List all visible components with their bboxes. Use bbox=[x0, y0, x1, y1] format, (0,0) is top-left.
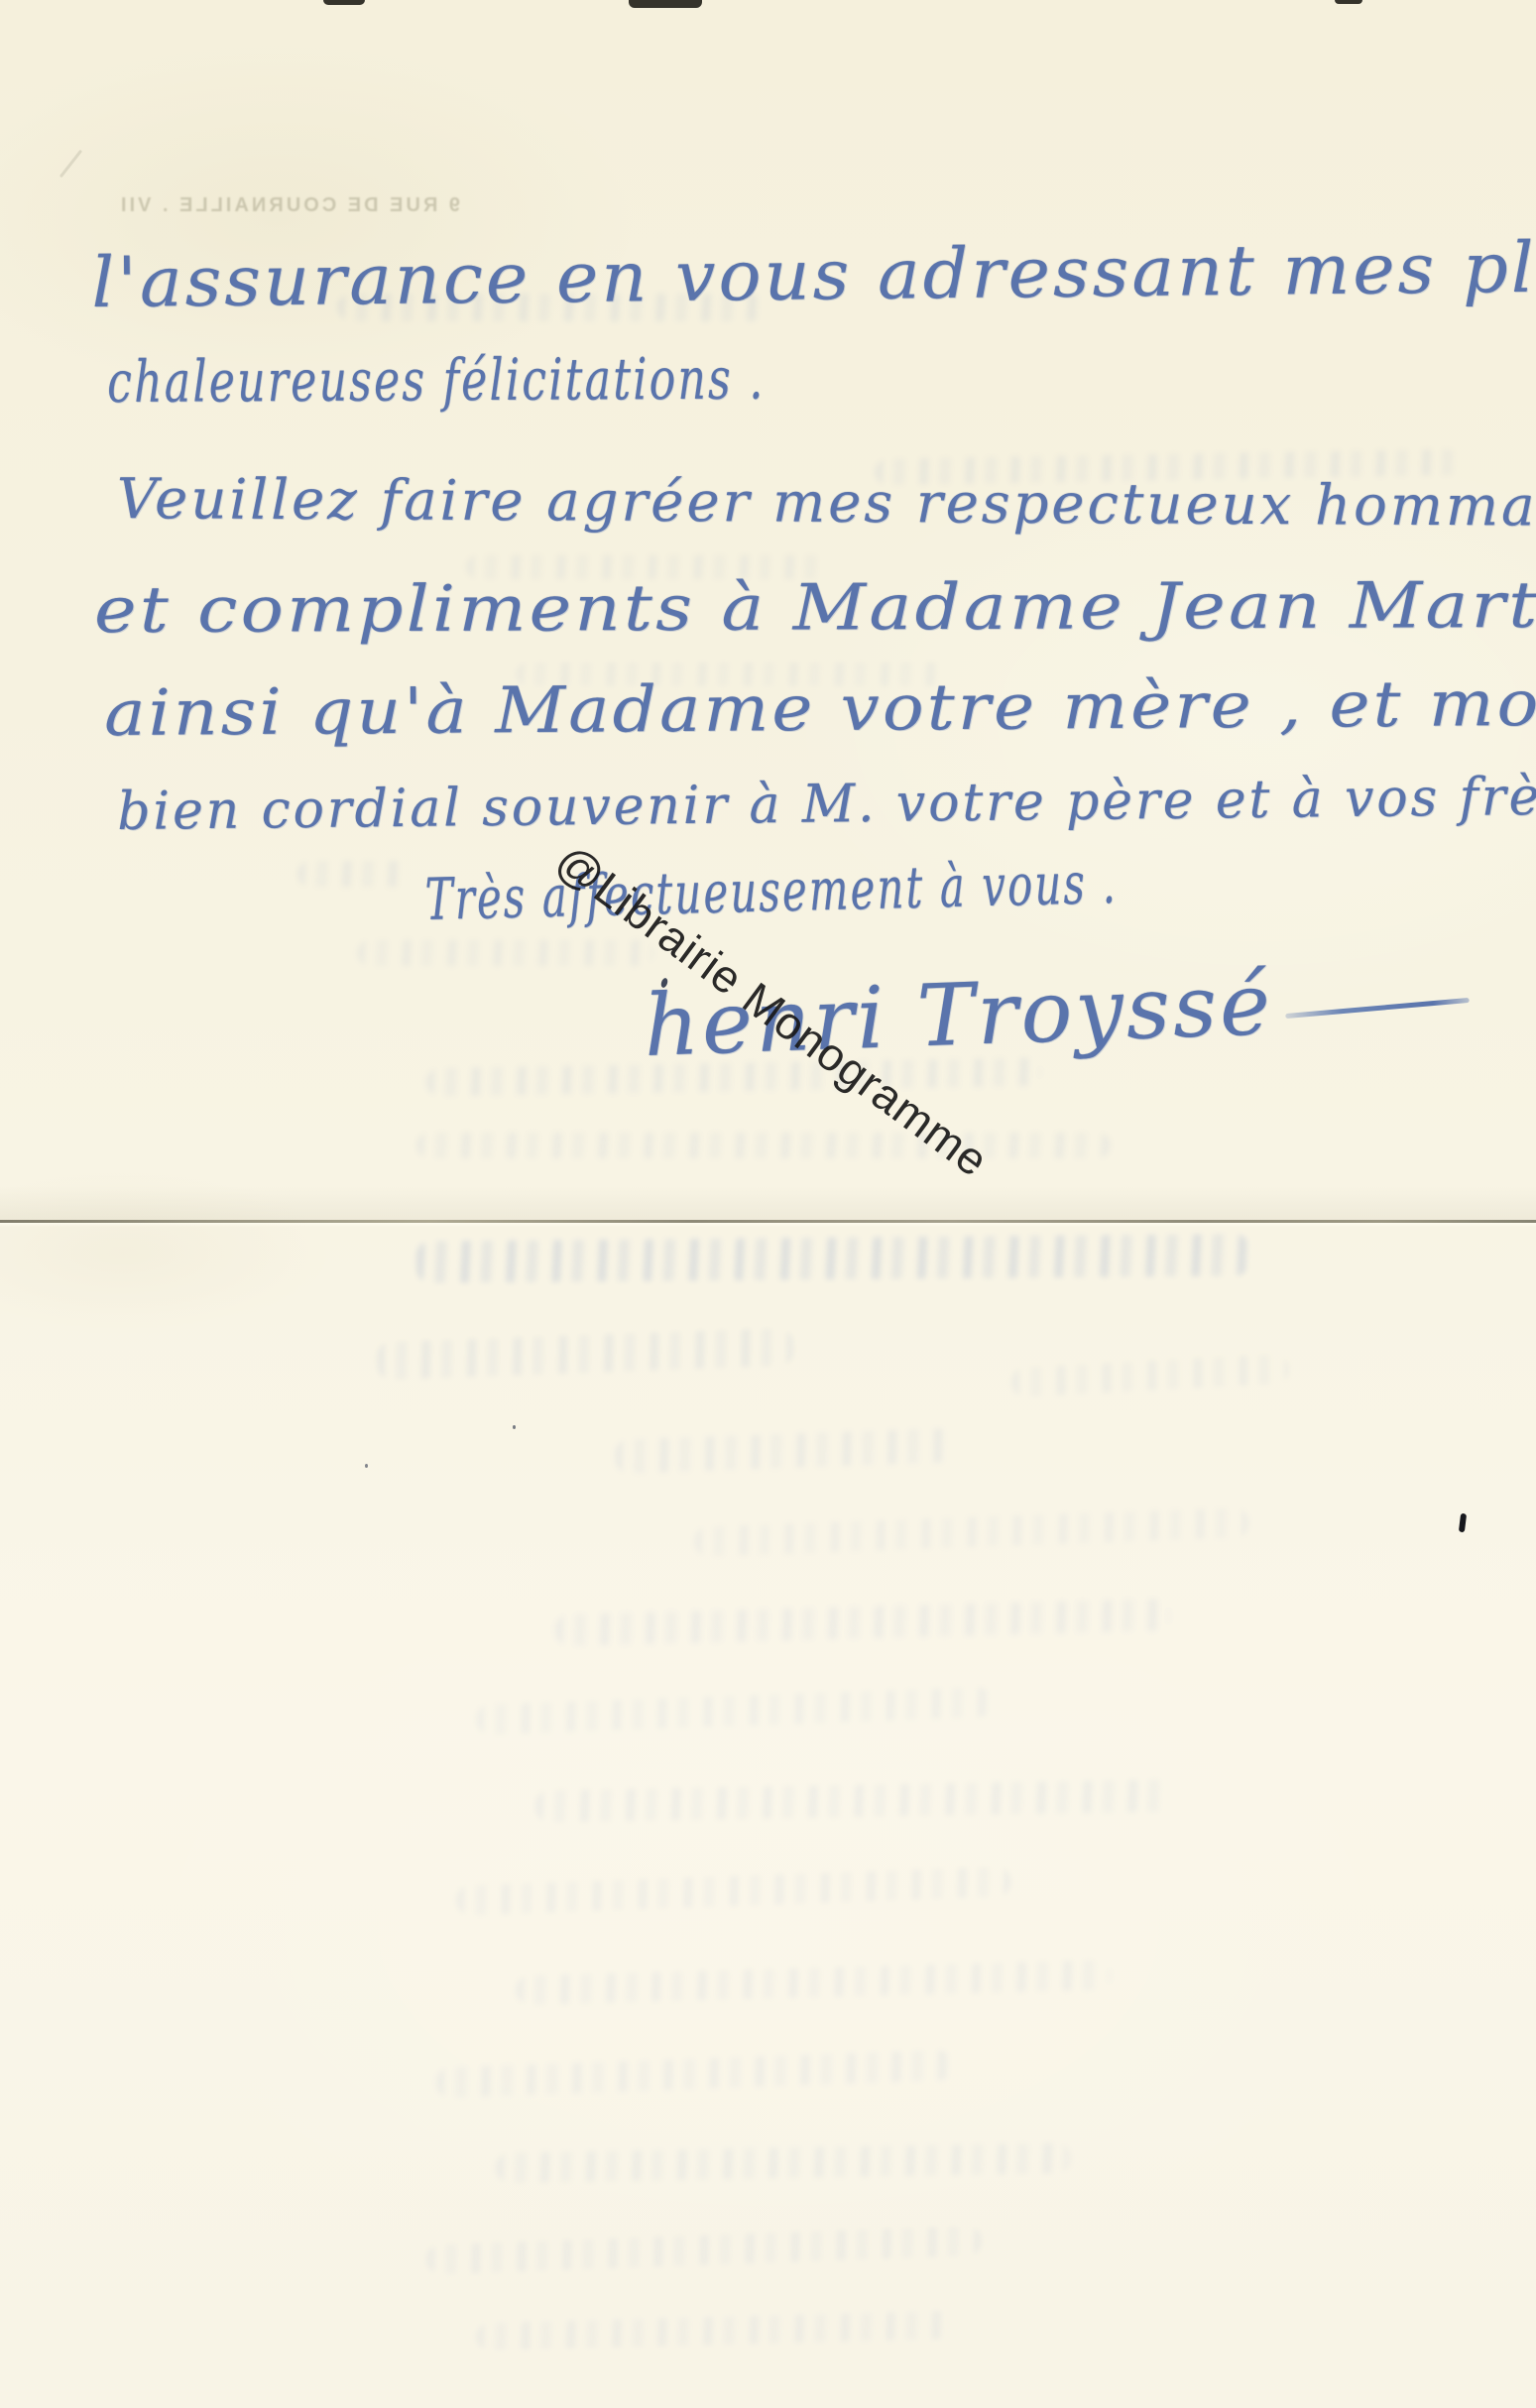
letter-line: l'assurance en vous adressant mes plus bbox=[91, 232, 1536, 317]
ghost-showthrough-line bbox=[476, 2311, 953, 2351]
letterhead-showthrough: 9 RUE DE COURNAILLE . VII bbox=[111, 194, 460, 230]
ink-speck bbox=[365, 1464, 368, 1468]
fold-highlight bbox=[0, 1223, 1536, 1227]
ghost-showthrough-line bbox=[436, 2050, 953, 2098]
paper-scratch bbox=[59, 150, 82, 179]
ghost-showthrough-line bbox=[416, 1234, 1249, 1282]
ghost-showthrough-line bbox=[496, 2143, 1071, 2183]
ghost-showthrough-line bbox=[297, 861, 407, 887]
paper-edge-tear bbox=[629, 0, 702, 8]
letter-line: bien cordial souvenir à M. votre père et… bbox=[117, 770, 1536, 838]
ghost-showthrough-line bbox=[1010, 1354, 1289, 1398]
ghost-showthrough-line bbox=[535, 1779, 1170, 1822]
letter-line: Veuillez faire agréer mes respectueux ho… bbox=[117, 472, 1536, 536]
ink-mark bbox=[1459, 1513, 1467, 1533]
letter-line: chaleureuses félicitations . bbox=[107, 350, 766, 411]
ghost-showthrough-line bbox=[615, 1428, 953, 1474]
ink-speck bbox=[513, 1425, 516, 1429]
fold-shadow bbox=[0, 1186, 1536, 1222]
paper-edge-tear bbox=[323, 0, 365, 5]
letter-line: et compliments à Madame Jean Martin , bbox=[94, 573, 1536, 643]
ghost-showthrough-line bbox=[516, 1960, 1112, 2005]
signature-flourish bbox=[1285, 998, 1470, 1019]
letter-line: ainsi qu'à Madame votre mère , et mon bbox=[104, 672, 1536, 746]
ghost-showthrough-line bbox=[357, 940, 654, 966]
ghost-showthrough-line bbox=[555, 1599, 1171, 1646]
letter-page: 9 RUE DE COURNAILLE . VII l'assurance en… bbox=[0, 0, 1536, 2408]
ghost-showthrough-line bbox=[426, 2226, 983, 2275]
ghost-showthrough-line bbox=[456, 1866, 1012, 1916]
ghost-showthrough-line bbox=[376, 1328, 793, 1381]
paper-edge-tear bbox=[1335, 0, 1362, 4]
closing-line: Très affectueusement à vous . bbox=[424, 854, 1118, 928]
ghost-showthrough-line bbox=[694, 1507, 1250, 1557]
ghost-showthrough-line bbox=[476, 1687, 993, 1735]
ghost-showthrough-line bbox=[416, 1133, 1111, 1158]
